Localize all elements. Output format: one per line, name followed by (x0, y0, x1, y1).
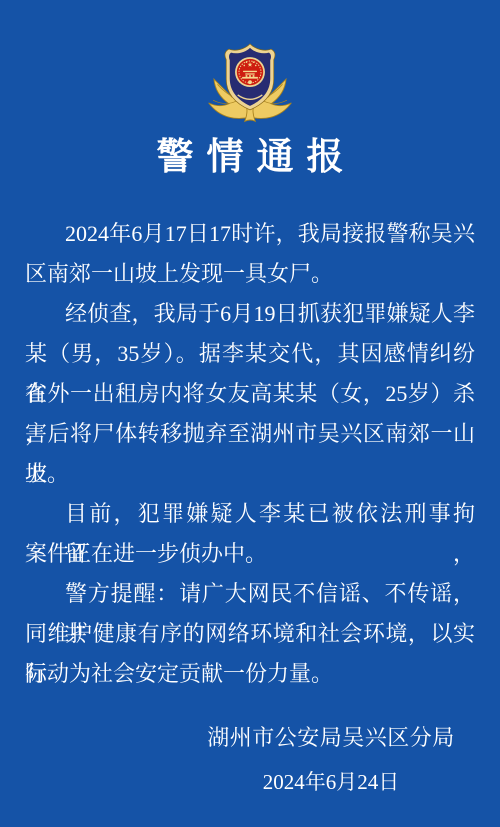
issue-date: 2024年6月24日 (200, 768, 462, 796)
police-badge-emblem (206, 42, 294, 132)
issuer-name: 湖州市公安局吴兴区分局 (200, 722, 462, 754)
notice-line: 省外一出租房内将女友高某某（女，25岁）杀害 (25, 374, 475, 414)
paragraph-investigation: 经侦查，我局于6月19日抓获犯罪嫌疑人李 某（男，35岁）。据李某交代，其因感情… (25, 294, 475, 494)
paragraph-detention-status: 目前，犯罪嫌疑人李某已被依法刑事拘留， 案件正在进一步侦办中。 (25, 494, 475, 574)
notice-title: 警情通报 (0, 134, 500, 182)
notice-line: 上。 (25, 454, 475, 494)
notice-line: 同维护健康有序的网络环境和社会环境，以实际 (25, 614, 475, 654)
notice-line: 警方提醒：请广大网民不信谣、不传谣，共 (25, 574, 475, 614)
notice-line: 某（男，35岁）。据李某交代，其因感情纠纷在 (25, 334, 475, 374)
notice-line: 行动为社会安定贡献一份力量。 (25, 654, 475, 694)
notice-line: 区南郊一山坡上发现一具女尸。 (25, 254, 475, 294)
notice-line: 目前，犯罪嫌疑人李某已被依法刑事拘留， (25, 494, 475, 534)
notice-line: 2024年6月17日17时许，我局接报警称吴兴 (25, 214, 475, 254)
paragraph-incident-report: 2024年6月17日17时许，我局接报警称吴兴 区南郊一山坡上发现一具女尸。 (25, 214, 475, 294)
notice-line: ，后将尸体转移抛弃至湖州市吴兴区南郊一山坡 (25, 414, 475, 454)
notice-footer: 湖州市公安局吴兴区分局 2024年6月24日 (200, 722, 462, 796)
police-notice-poster: 警情通报 2024年6月17日17时许，我局接报警称吴兴 区南郊一山坡上发现一具… (0, 0, 500, 827)
notice-line: 经侦查，我局于6月19日抓获犯罪嫌疑人李 (25, 294, 475, 334)
paragraph-police-reminder: 警方提醒：请广大网民不信谣、不传谣，共 同维护健康有序的网络环境和社会环境，以实… (25, 574, 475, 694)
notice-body: 2024年6月17日17时许，我局接报警称吴兴 区南郊一山坡上发现一具女尸。 经… (25, 214, 475, 694)
